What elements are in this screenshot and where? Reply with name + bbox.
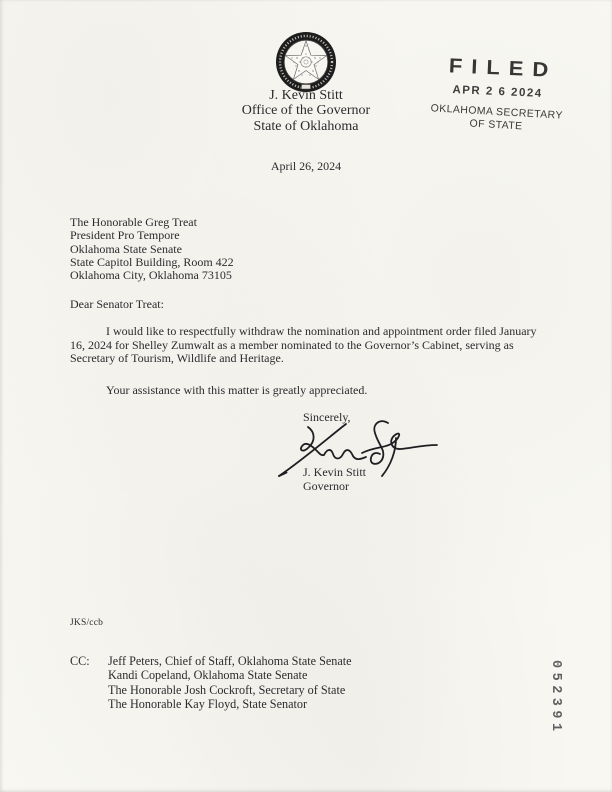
cc-recipient: Jeff Peters, Chief of Staff, Oklahoma St… [108, 654, 352, 668]
body-paragraph-1: I would like to respectfully withdraw th… [70, 325, 554, 366]
recipient-line: Oklahoma City, Oklahoma 73105 [70, 269, 234, 282]
cc-recipient: Kandi Copeland, Oklahoma State Senate [108, 668, 352, 682]
filing-number-stamp: 052391 [548, 660, 563, 736]
body-paragraph-2: Your assistance with this matter is grea… [70, 384, 554, 398]
letterhead-office: Office of the Governor [156, 103, 456, 119]
cc-recipient: The Honorable Kay Floyd, State Senator [108, 697, 352, 711]
recipient-line: The Honorable Greg Treat [70, 216, 234, 229]
letterhead-state: State of Oklahoma [156, 119, 456, 135]
cc-list: Jeff Peters, Chief of Staff, Oklahoma St… [108, 654, 352, 711]
salutation: Dear Senator Treat: [70, 297, 164, 312]
filed-stamp: FILED APR 2 6 2024 OKLAHOMA SECRETARY OF… [413, 51, 581, 134]
recipient-line: Oklahoma State Senate [70, 243, 234, 256]
stamp-filed-text: FILED [416, 52, 582, 83]
signer-title: Governor [303, 479, 349, 494]
letter-date: April 26, 2024 [156, 159, 456, 174]
recipient-line: President Pro Tempore [70, 229, 234, 242]
recipient-address-block: The Honorable Greg Treat President Pro T… [70, 216, 234, 282]
scanned-letter-page: J. Kevin Stitt Office of the Governor St… [0, 0, 612, 792]
letterhead-name: J. Kevin Stitt [156, 88, 456, 104]
cc-label: CC: [70, 654, 90, 669]
signer-name: J. Kevin Stitt [303, 465, 366, 480]
oklahoma-state-seal-icon [275, 31, 337, 93]
reference-initials: JKS/ccb [70, 618, 103, 628]
recipient-line: State Capitol Building, Room 422 [70, 256, 234, 269]
cc-recipient: The Honorable Josh Cockroft, Secretary o… [108, 683, 352, 697]
stamp-date: APR 2 6 2024 [415, 82, 580, 101]
